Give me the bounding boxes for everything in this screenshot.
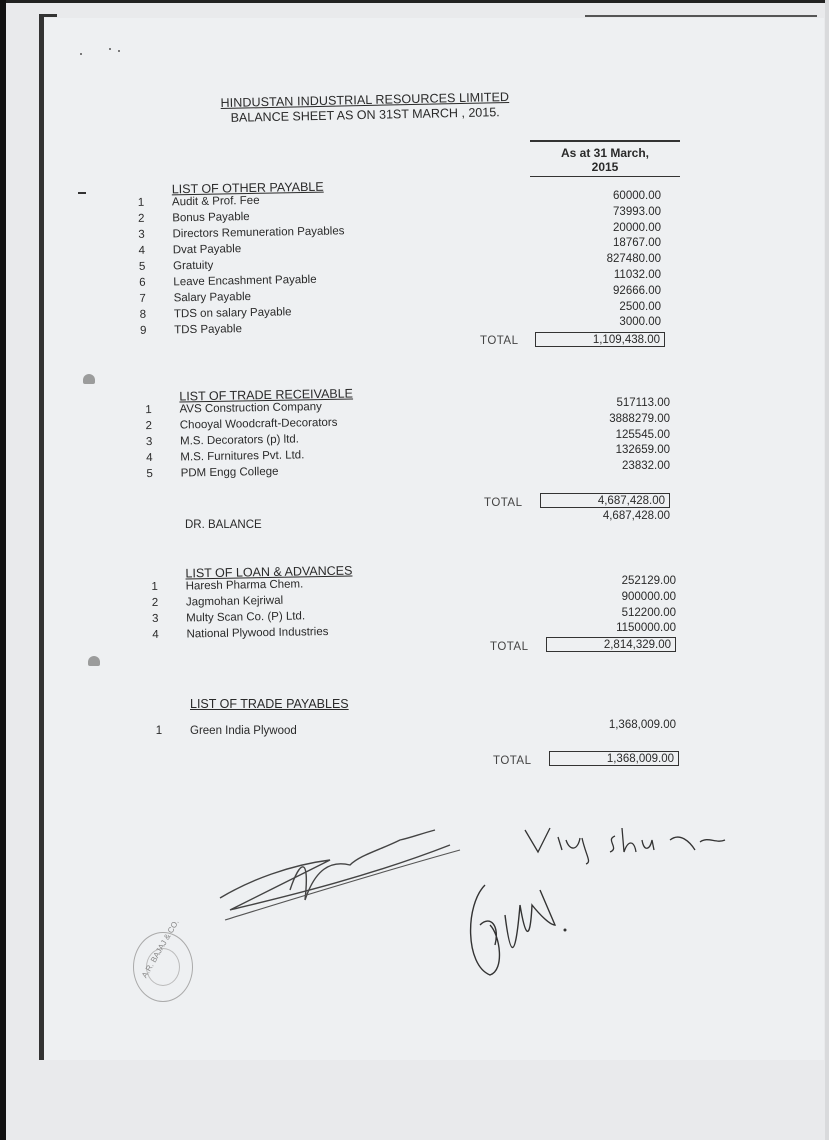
item-name: Audit & Prof. Fee — [172, 195, 260, 209]
item-number: 5 — [143, 468, 157, 480]
signature-3 — [460, 875, 590, 985]
item-number: 1 — [148, 581, 162, 593]
item-amount: 20000.00 — [531, 222, 661, 234]
item-amount: 18767.00 — [531, 237, 661, 249]
item-amount: 125545.00 — [540, 429, 670, 441]
item-name: Multy Scan Co. (P) Ltd. — [186, 610, 305, 624]
item-amount: 517113.00 — [540, 397, 670, 409]
item-name: Directors Remuneration Payables — [172, 225, 344, 240]
list-item: 9TDS Payable — [174, 322, 326, 341]
item-name: M.S. Decorators (p) ltd. — [180, 433, 299, 447]
item-number: 2 — [134, 213, 148, 225]
item-amount: 132659.00 — [540, 444, 670, 456]
item-list: 1Green India Plywood — [190, 725, 349, 741]
section-trade-receivable: LIST OF TRADE RECEIVABLE 1AVS Constructi… — [179, 386, 354, 483]
section-loan-advances: LIST OF LOAN & ADVANCES 1Haresh Pharma C… — [185, 564, 353, 645]
item-number: 7 — [136, 293, 150, 305]
item-amount: 827480.00 — [531, 253, 661, 265]
total-value: 4,687,428.00 — [540, 493, 670, 508]
item-name: Salary Payable — [174, 291, 252, 304]
item-amount: 900000.00 — [546, 591, 676, 603]
dr-balance-label: DR. BALANCE — [185, 519, 262, 531]
item-number: 1 — [141, 404, 155, 416]
item-number: 4 — [148, 629, 162, 641]
signature-2 — [520, 822, 740, 867]
item-name: Green India Plywood — [190, 725, 297, 737]
signature-1 — [210, 820, 470, 930]
top-rule — [585, 15, 817, 17]
item-list: 1Audit & Prof. Fee2Bonus Payable3Directo… — [172, 194, 326, 341]
total-label: TOTAL — [493, 755, 532, 767]
item-number: 6 — [135, 277, 149, 289]
item-amount: 252129.00 — [546, 575, 676, 587]
item-number: 4 — [135, 245, 149, 257]
section-trade-payables: LIST OF TRADE PAYABLES 1Green India Plyw… — [190, 697, 349, 741]
item-amount: 1150000.00 — [546, 622, 676, 634]
margin-dash — [78, 192, 86, 194]
total-label: TOTAL — [484, 497, 523, 509]
column-header: As at 31 March, 2015 — [530, 140, 680, 177]
total-value: 2,814,329.00 — [546, 637, 676, 652]
binder-margin-line — [39, 14, 44, 1060]
item-number: 3 — [142, 436, 156, 448]
item-amount: 60000.00 — [531, 190, 661, 202]
list-item: 4National Plywood Industries — [186, 626, 353, 645]
item-amount: 73993.00 — [531, 206, 661, 218]
item-name: Dvat Payable — [173, 243, 242, 256]
speck — [109, 48, 111, 50]
item-name: Haresh Pharma Chem. — [186, 578, 304, 592]
punch-mark — [88, 656, 100, 666]
item-number: 2 — [142, 420, 156, 432]
dr-balance-value: 4,687,428.00 — [540, 510, 670, 522]
item-name: Chooyal Woodcraft-Decorators — [180, 417, 338, 432]
list-item: 1Green India Plywood — [190, 725, 349, 741]
item-name: Gratuity — [173, 260, 213, 273]
scan-edge-top — [0, 0, 829, 3]
item-name: AVS Construction Company — [179, 401, 322, 415]
section-title: LIST OF TRADE PAYABLES — [190, 697, 349, 711]
item-number: 5 — [135, 261, 149, 273]
scan-edge-left — [0, 0, 6, 1140]
item-name: National Plywood Industries — [186, 626, 328, 640]
total-label: TOTAL — [490, 641, 529, 653]
item-name: Leave Encashment Payable — [173, 274, 316, 288]
binder-margin-tick — [39, 14, 57, 17]
total-value: 1,368,009.00 — [549, 751, 679, 766]
total-value: 1,109,438.00 — [535, 332, 665, 347]
column-header-line1: As at 31 March, — [530, 142, 680, 160]
item-number: 9 — [136, 325, 150, 337]
speck — [118, 50, 120, 52]
item-name: PDM Engg College — [181, 466, 279, 480]
item-amount: 11032.00 — [531, 269, 661, 281]
column-header-rule-bottom — [530, 176, 680, 178]
punch-mark — [83, 374, 95, 384]
item-number: 1 — [134, 197, 148, 209]
item-name: M.S. Furnitures Pvt. Ltd. — [180, 449, 304, 463]
column-header-line2: 2015 — [530, 160, 680, 176]
item-number: 2 — [148, 597, 162, 609]
total-label: TOTAL — [480, 335, 519, 347]
item-name: Jagmohan Kejriwal — [186, 595, 283, 609]
item-number: 3 — [148, 613, 162, 625]
item-amount: 3000.00 — [531, 316, 661, 328]
item-name: Bonus Payable — [172, 211, 250, 224]
item-amount: 2500.00 — [531, 301, 661, 313]
item-amount: 1,368,009.00 — [546, 719, 676, 731]
section-other-payable: LIST OF OTHER PAYABLE 1Audit & Prof. Fee… — [172, 180, 327, 341]
item-amount: 3888279.00 — [540, 413, 670, 425]
speck — [80, 53, 82, 55]
item-number: 4 — [142, 452, 156, 464]
item-list: 1AVS Construction Company2Chooyal Woodcr… — [179, 400, 354, 483]
item-name: TDS Payable — [174, 323, 242, 336]
item-number: 3 — [134, 229, 148, 241]
item-number: 8 — [136, 309, 150, 321]
item-amount: 92666.00 — [531, 285, 661, 297]
item-amount: 23832.00 — [540, 460, 670, 472]
item-amount: 512200.00 — [546, 607, 676, 619]
scan-edge-right — [825, 0, 829, 1140]
item-name: TDS on salary Payable — [174, 306, 292, 320]
item-number: 1 — [152, 725, 166, 737]
list-item: 5PDM Engg College — [181, 464, 355, 483]
item-list: 1Haresh Pharma Chem.2Jagmohan Kejriwal3M… — [186, 578, 354, 645]
